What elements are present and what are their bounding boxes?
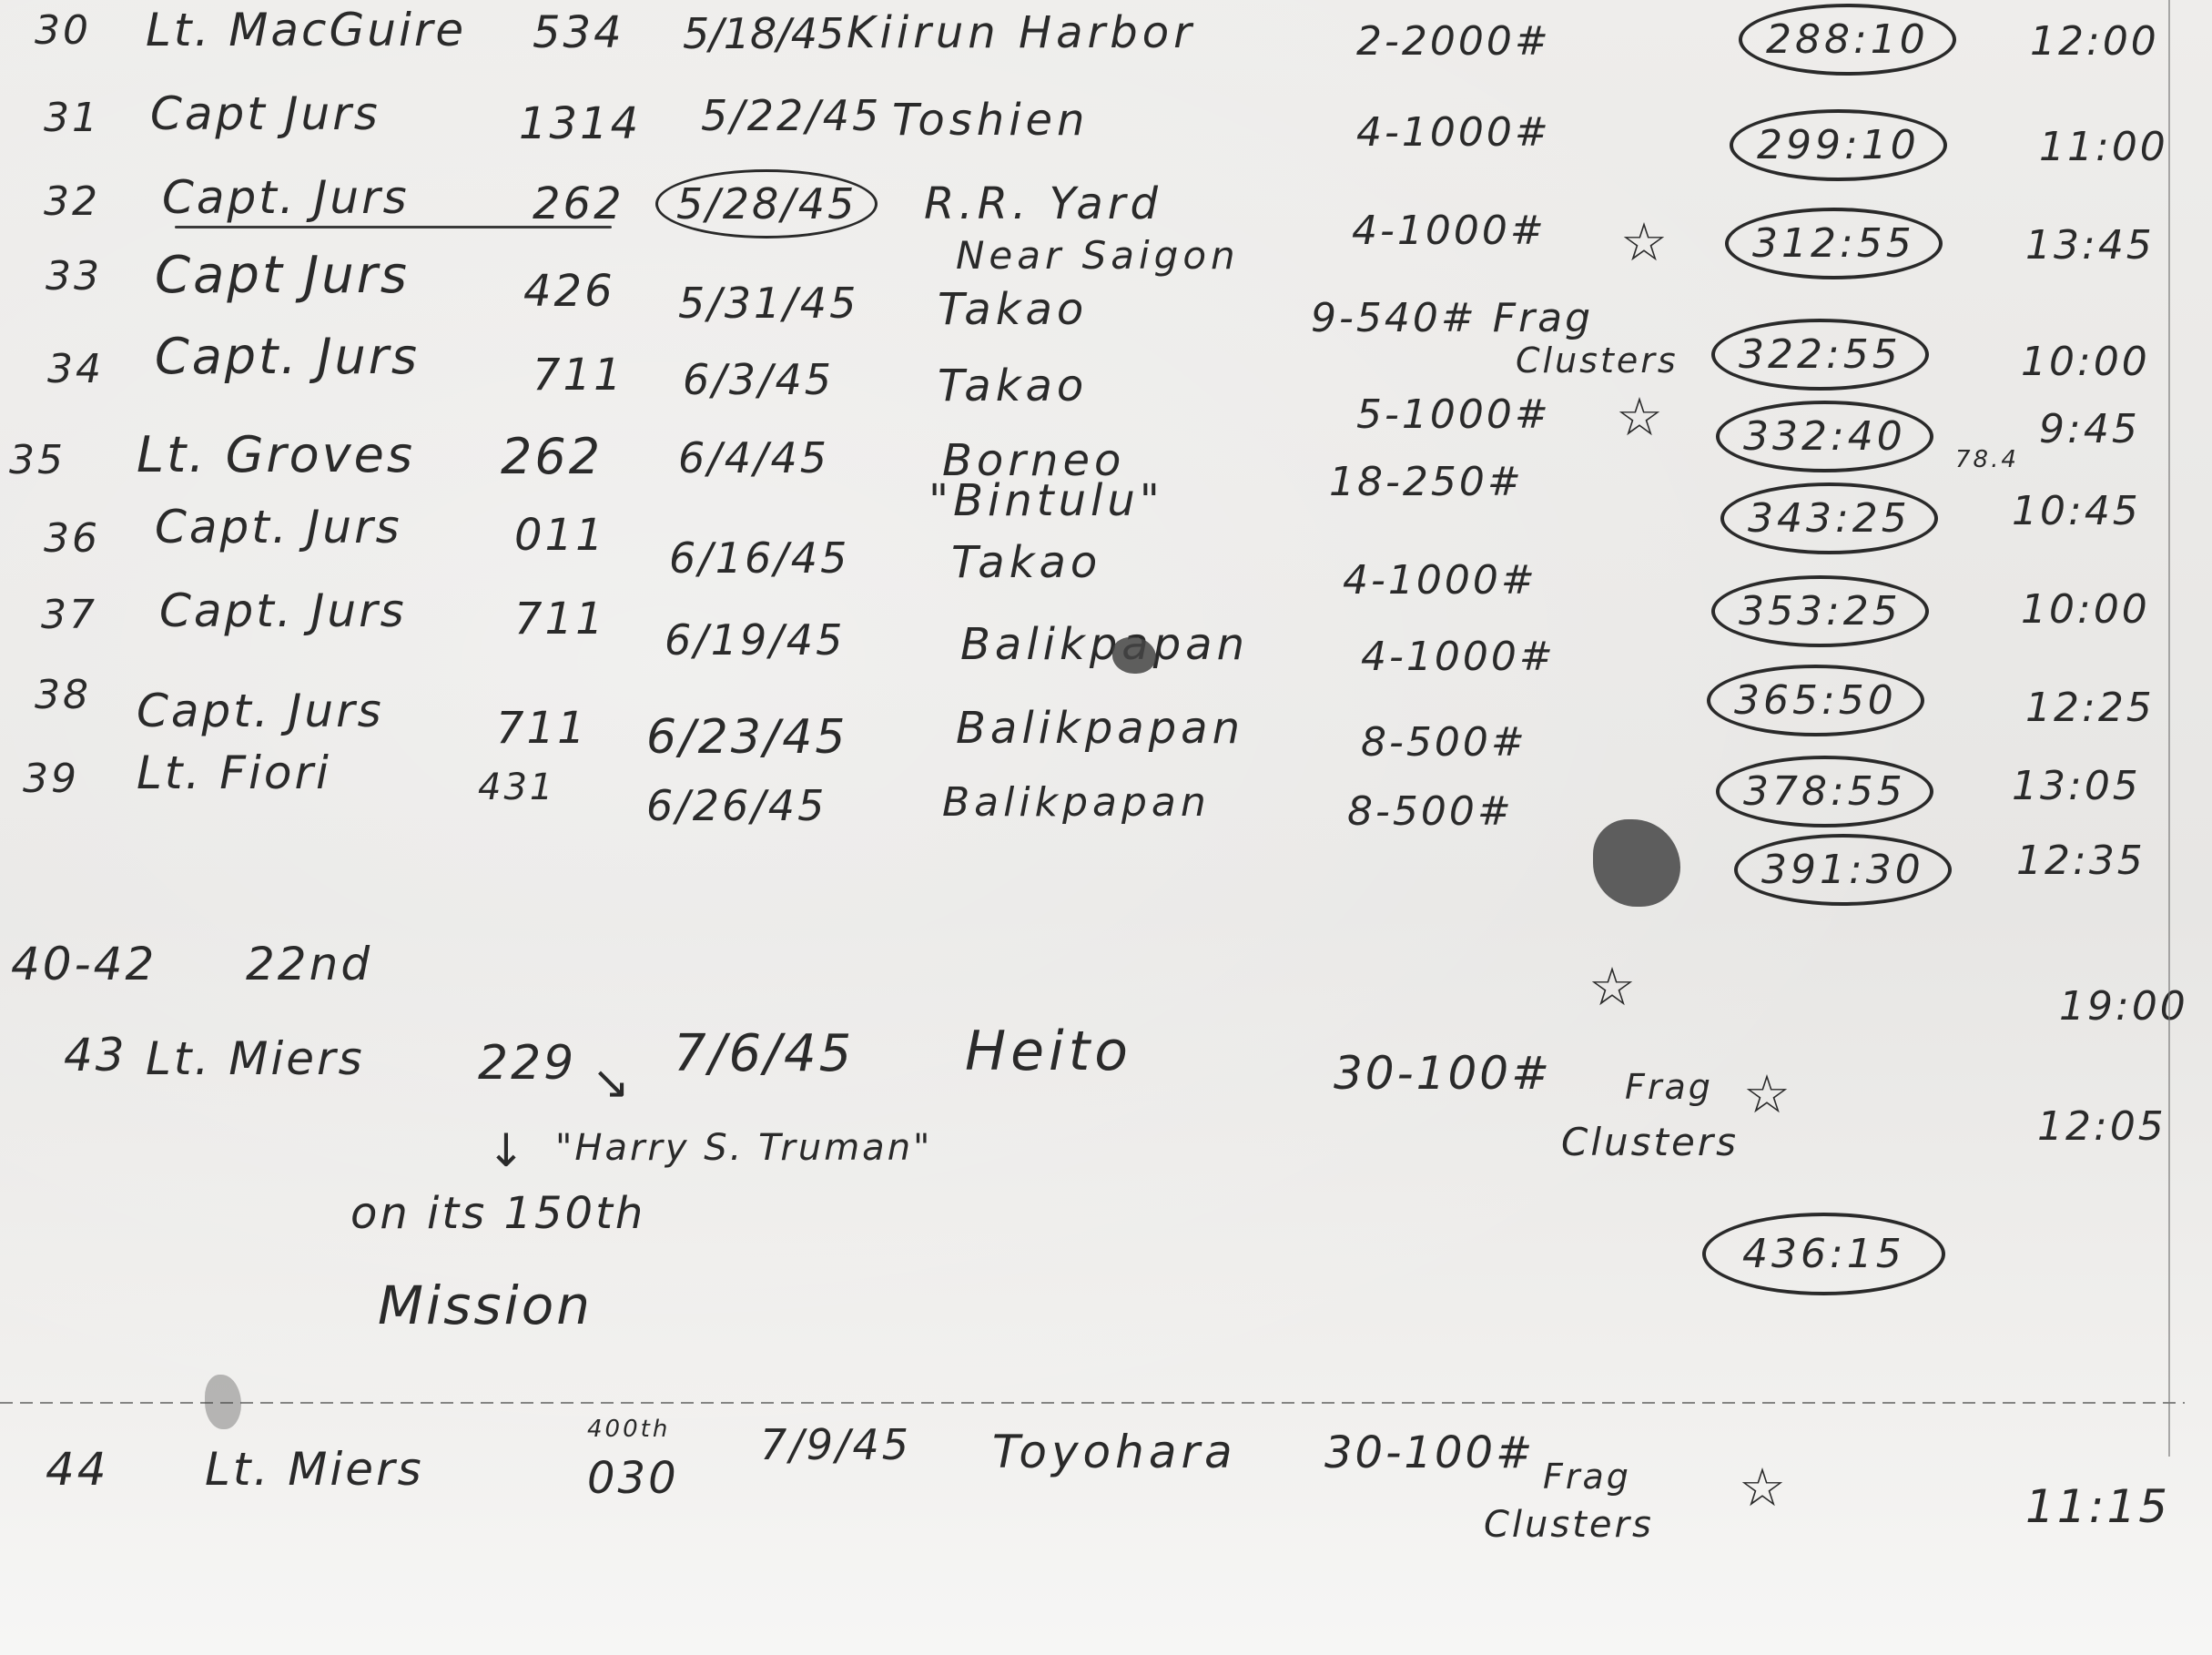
mission-number: 37 <box>41 592 97 638</box>
plane-number: 711 <box>496 703 588 754</box>
plane-number: 030 <box>587 1453 679 1504</box>
bomb-load: 9-540# Frag <box>1311 295 1593 341</box>
mission-date: 6/19/45 <box>665 615 845 665</box>
mission-date: 5/31/45 <box>678 279 858 328</box>
pilot-name: Lt. Fiori <box>137 746 331 799</box>
pilot-name: Capt Jurs <box>155 246 410 305</box>
target: Balikpapan <box>942 779 1211 826</box>
handwritten-log-page: 30 Lt. MacGuire 534 5/18/45 Kiirun Harbo… <box>0 0 2212 1655</box>
target: Toyohara <box>992 1426 1237 1478</box>
plane-number: 711 <box>533 350 624 401</box>
target: Heito <box>965 1020 1132 1083</box>
bomb-load: 5-1000# <box>1356 391 1551 438</box>
target: Toshien <box>892 95 1089 146</box>
star-icon: ☆ <box>1739 1457 1786 1518</box>
flight-time: 11:15 <box>2025 1480 2170 1533</box>
total-hours-circled: 299:10 <box>1730 109 1947 181</box>
target-detail: "Bintulu" <box>928 475 1164 526</box>
total-hours-circled: 343:25 <box>1720 482 1938 554</box>
target: R.R. Yard <box>924 178 1162 229</box>
flight-time: 12:25 <box>2025 685 2155 731</box>
mission-date: 6/26/45 <box>646 781 827 830</box>
plane-number: 262 <box>533 178 624 229</box>
plane-number: 1314 <box>519 98 641 149</box>
mission-number: 36 <box>44 515 100 562</box>
flight-time: 10:00 <box>2021 339 2150 385</box>
mission-number: 33 <box>46 253 102 300</box>
total-hours-circled: 365:50 <box>1707 665 1924 736</box>
mission-number: 43 <box>64 1029 127 1081</box>
pilot-name: Lt. Miers <box>146 1032 365 1085</box>
total-hours-circled: 322:55 <box>1711 319 1929 391</box>
bomb-load: 18-250# <box>1329 459 1524 505</box>
plane-note-line1: on its 150th <box>350 1188 645 1239</box>
mission-date: 6/3/45 <box>683 355 834 404</box>
mission-date: 6/23/45 <box>646 710 847 765</box>
star-icon: ☆ <box>1588 956 1636 1018</box>
plane-number: 426 <box>523 266 615 317</box>
flight-time-b: 12:05 <box>2037 1103 2166 1150</box>
mission-number: 34 <box>47 346 104 392</box>
arrow-diagonal-icon: ↘ <box>592 1056 630 1109</box>
paper-fold-line <box>0 1402 2185 1404</box>
total-hours-circled: 378:55 <box>1716 756 1933 827</box>
plane-number: 534 <box>533 7 624 58</box>
target-detail: Near Saigon <box>956 233 1240 278</box>
bomb-load: 30-100# <box>1334 1047 1552 1100</box>
bomb-load: 4-1000# <box>1356 109 1551 156</box>
mission-number: 30 <box>35 7 91 54</box>
pilot-name: Capt. Jurs <box>137 685 384 737</box>
scribbled-out-mark <box>1593 819 1680 907</box>
total-hours-circled: 332:40 <box>1716 401 1933 472</box>
target: Takao <box>951 537 1101 588</box>
ink-blot <box>1112 637 1156 674</box>
flight-time: 13:45 <box>2025 222 2155 269</box>
star-icon: ☆ <box>1616 386 1663 448</box>
target: Takao <box>938 284 1088 335</box>
bomb-load-detail: Frag <box>1543 1457 1631 1497</box>
star-icon: ☆ <box>1620 211 1668 273</box>
flight-time: 10:00 <box>2021 586 2150 633</box>
target: Kiirun Harbor <box>847 7 1196 58</box>
mission-number: 39 <box>23 756 79 802</box>
mission-date: 7/9/45 <box>760 1420 911 1469</box>
pilot-name: Lt. MacGuire <box>146 4 466 56</box>
bomb-load: 8-500# <box>1361 719 1527 766</box>
mission-number: 35 <box>9 437 66 483</box>
pilot-name: Lt. Groves <box>137 426 415 483</box>
mission-number: 38 <box>35 672 91 718</box>
pilot-name: Capt. Jurs <box>159 584 407 637</box>
mission-date: 5/18/45 <box>683 9 844 58</box>
group-22nd-label: 22nd <box>246 938 372 990</box>
mission-number: 31 <box>44 95 100 141</box>
mission-date: 6/16/45 <box>669 533 849 583</box>
bomb-load-detail: Frag <box>1625 1067 1713 1107</box>
target: Takao <box>938 360 1088 411</box>
plane-number: 431 <box>478 767 555 808</box>
pilot-name: Lt. Miers <box>205 1443 424 1496</box>
missions-range-label: 40-42 <box>11 938 157 990</box>
bomb-load: 2-2000# <box>1356 18 1551 65</box>
plane-note: 400th <box>587 1416 670 1443</box>
total-hours-circled: 436:15 <box>1702 1213 1945 1295</box>
pilot-name: Capt. Jurs <box>155 501 402 553</box>
mission-number: 44 <box>46 1443 109 1496</box>
mission-number: 32 <box>44 178 100 225</box>
plane-note-line2: Mission <box>378 1274 593 1336</box>
pilot-name: Capt Jurs <box>150 87 381 140</box>
bomb-load-detail-2: Clusters <box>1484 1504 1654 1546</box>
total-hours-circled: 391:30 <box>1734 834 1952 906</box>
ink-smudge <box>205 1375 241 1429</box>
flight-time: 12:00 <box>2030 18 2159 65</box>
pilot-name: Capt. Jurs <box>155 328 420 385</box>
flight-time: 12:35 <box>2016 838 2146 884</box>
total-hours-circled: 353:25 <box>1711 575 1929 647</box>
mission-date: 5/22/45 <box>701 91 881 140</box>
bomb-load-detail-2: Clusters <box>1561 1120 1739 1164</box>
bomb-load-detail: Clusters <box>1516 340 1679 381</box>
flight-time: 10:45 <box>2012 488 2141 534</box>
total-hours-circled: 312:55 <box>1725 208 1943 279</box>
bomb-load: 30-100# <box>1324 1427 1535 1478</box>
margin-note: 78.4 <box>1955 446 2019 473</box>
flight-time: 9:45 <box>2039 406 2140 452</box>
flight-time: 11:00 <box>2039 124 2168 170</box>
target: Balikpapan <box>960 619 1249 670</box>
mission-date: 6/4/45 <box>678 433 829 482</box>
arrow-down-icon: ↓ <box>487 1124 525 1177</box>
bomb-load: 8-500# <box>1347 788 1514 835</box>
flight-time: 13:05 <box>2012 763 2141 809</box>
paper-edge-line <box>2168 0 2170 1457</box>
target: Balikpapan <box>956 703 1244 754</box>
mission-date: 7/6/45 <box>674 1024 854 1083</box>
mission-date-circled: 5/28/45 <box>655 169 878 239</box>
plane-number: 229 <box>478 1036 576 1091</box>
plane-number: 262 <box>501 428 603 485</box>
pilot-name: Capt. Jurs <box>162 171 410 224</box>
bomb-load: 4-1000# <box>1343 557 1537 604</box>
bomb-load: 4-1000# <box>1352 208 1547 254</box>
plane-number: 011 <box>514 510 606 561</box>
bomb-load: 4-1000# <box>1361 634 1556 680</box>
plane-number: 711 <box>514 594 606 645</box>
plane-name: "Harry S. Truman" <box>555 1127 932 1169</box>
star-icon: ☆ <box>1743 1063 1791 1125</box>
total-hours-circled: 288:10 <box>1739 4 1956 76</box>
